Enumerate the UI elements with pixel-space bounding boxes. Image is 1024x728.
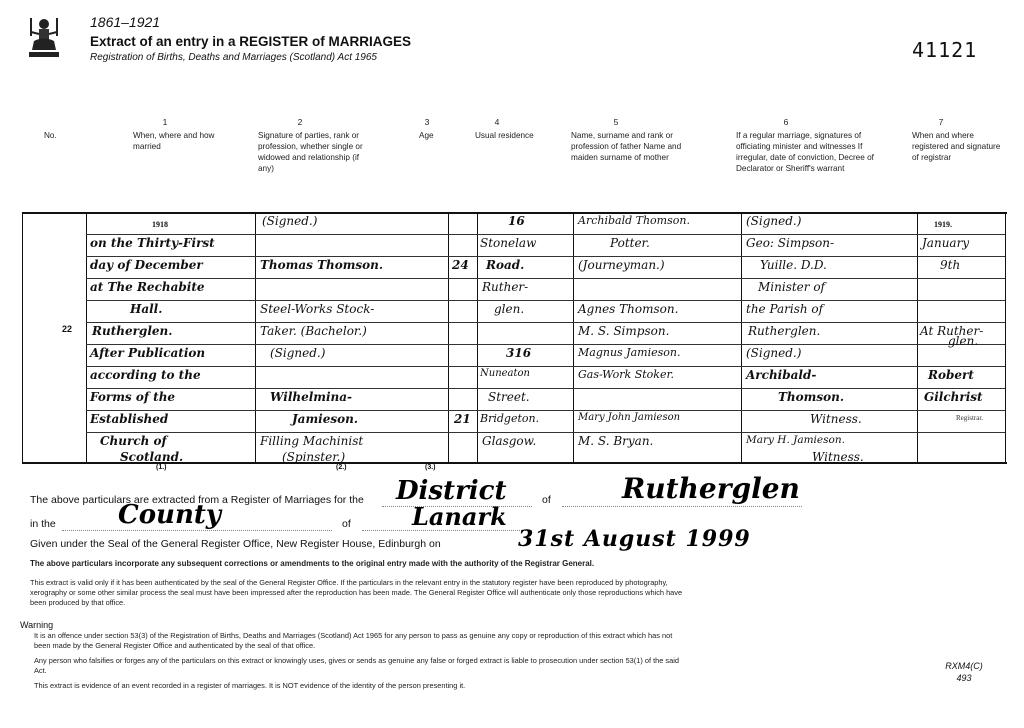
registration-month: January xyxy=(922,236,969,250)
minister-title: Minister of xyxy=(758,280,825,294)
marriage-detail: Forms of the xyxy=(90,390,175,404)
groom-signature-note: (Signed.) xyxy=(262,214,317,228)
bride-residence: Glasgow. xyxy=(482,434,536,448)
witness-signed: (Signed.) xyxy=(746,346,801,360)
bride-age: 21 xyxy=(454,412,471,426)
minister-name: Geo: Simpson- xyxy=(746,236,834,250)
bride-residence: 316 xyxy=(506,346,531,360)
witness-two-name: Mary H. Jamieson. xyxy=(746,434,845,446)
registration-place: glen. xyxy=(948,334,978,348)
bride-mother: Mary John Jamieson xyxy=(578,412,680,423)
registrar-name: Gilchrist xyxy=(924,390,983,404)
column-header-signature: Signature of parties, rank or profession… xyxy=(258,130,376,174)
county-value: Lanark xyxy=(412,502,507,531)
column-header-officiant: If a regular marriage, signatures of off… xyxy=(736,130,886,174)
groom-status: Taker. (Bachelor.) xyxy=(260,324,367,338)
validity-note: This extract is valid only if it has bee… xyxy=(30,578,690,608)
registration-day: 9th xyxy=(940,258,960,272)
groom-mother: Agnes Thomson. xyxy=(578,302,678,316)
bride-residence: Bridgeton. xyxy=(480,412,539,425)
officiant-signed: (Signed.) xyxy=(746,214,801,228)
groom-mother-maiden: M. S. Simpson. xyxy=(578,324,669,338)
groom-father: Archibald Thomson. xyxy=(578,214,690,227)
witness-one-name: Thomson. xyxy=(778,390,844,404)
column-header-when-where: When, where and how married xyxy=(133,130,221,152)
marriage-year: 1918 xyxy=(152,220,168,229)
marriage-detail: Hall. xyxy=(130,302,162,316)
certification-of: of xyxy=(342,518,351,530)
years-range: 1861–1921 xyxy=(90,14,160,30)
groom-residence: Ruther- xyxy=(482,280,528,294)
groom-residence: Road. xyxy=(486,258,524,272)
witness-one-name: Archibald- xyxy=(746,368,816,382)
column-number: 7 xyxy=(931,117,951,127)
bride-residence: Street. xyxy=(488,390,530,404)
minister-title: the Parish of xyxy=(746,302,823,316)
registration-year: 1919. xyxy=(934,220,952,229)
form-number: 493 xyxy=(934,673,994,683)
column-header-no: No. xyxy=(44,130,57,141)
marriage-detail: according to the xyxy=(90,368,201,382)
bride-father: Magnus Jamieson. xyxy=(578,346,680,359)
witness-two-label: Witness. xyxy=(812,450,864,464)
bride-occupation: Filling Machinist xyxy=(260,434,363,448)
extract-date: 31st August 1999 xyxy=(518,526,751,552)
district-value: Rutherglen xyxy=(622,472,800,505)
marriage-detail: day of December xyxy=(90,258,203,272)
column-number: 3 xyxy=(417,117,437,127)
column-number: 1 xyxy=(155,117,175,127)
marriage-detail: Church of xyxy=(100,434,167,448)
warning-heading: Warning xyxy=(20,620,53,630)
document-title: Extract of an entry in a REGISTER of MAR… xyxy=(90,34,411,49)
marriage-detail: Scotland. xyxy=(120,450,183,464)
certification-of: of xyxy=(542,494,551,506)
witness-one-label: Witness. xyxy=(810,412,862,426)
groom-residence: glen. xyxy=(494,302,524,316)
column-header-registration: When and where registered and signature … xyxy=(912,130,1007,163)
serial-number: 41121 xyxy=(912,38,977,62)
warning-paragraph: This extract is evidence of an event rec… xyxy=(34,681,684,691)
registrar-label: Registrar. xyxy=(956,414,983,422)
column-number: 2 xyxy=(290,117,310,127)
warning-paragraph: Any person who falsifies or forges any o… xyxy=(34,656,684,676)
column-footnote: (3.) xyxy=(425,464,436,471)
entry-number: 22 xyxy=(62,324,72,334)
marriage-detail: After Publication xyxy=(90,346,205,360)
groom-age: 24 xyxy=(452,258,469,272)
marriage-detail: Rutherglen. xyxy=(92,324,172,338)
column-header-residence: Usual residence xyxy=(475,130,534,141)
bride-name: Wilhelmina- xyxy=(270,390,352,404)
marriage-detail: at The Rechabite xyxy=(90,280,205,294)
bride-surname: Jamieson. xyxy=(292,412,358,426)
certification-line-3: Given under the Seal of the General Regi… xyxy=(30,538,441,550)
groom-residence: Stonelaw xyxy=(480,236,536,250)
registrar-name: Robert xyxy=(928,368,974,382)
royal-crest-icon xyxy=(26,14,62,60)
bride-status: (Spinster.) xyxy=(282,450,345,464)
column-header-parents: Name, surname and rank or profession of … xyxy=(571,130,691,163)
column-number: 4 xyxy=(487,117,507,127)
column-footnote: (2.) xyxy=(336,464,347,471)
marriage-detail: on the Thirty-First xyxy=(90,236,215,250)
groom-name: Thomas Thomson. xyxy=(260,258,383,272)
minister-parish: Rutherglen. xyxy=(748,324,820,338)
groom-occupation: Steel-Works Stock- xyxy=(260,302,374,316)
form-code: RXM4(C) xyxy=(934,661,994,671)
bride-mother-maiden: M. S. Bryan. xyxy=(578,434,653,448)
bride-father-occupation: Gas-Work Stoker. xyxy=(578,368,674,381)
governing-act: Registration of Births, Deaths and Marri… xyxy=(90,52,377,63)
column-header-age: Age xyxy=(419,130,434,141)
warning-paragraph: It is an offence under section 53(3) of … xyxy=(34,631,684,651)
area-type-value: County xyxy=(118,500,221,530)
column-number: 6 xyxy=(776,117,796,127)
certification-line-2: in the xyxy=(30,518,56,530)
marriage-detail: Established xyxy=(90,412,168,426)
minister-name: Yuille. D.D. xyxy=(760,258,827,272)
groom-father-occupation: Potter. xyxy=(610,236,650,250)
bride-signature-note: (Signed.) xyxy=(270,346,325,360)
bride-residence: Nuneaton xyxy=(480,368,530,379)
corrections-note: The above particulars incorporate any su… xyxy=(30,559,594,568)
groom-residence: 16 xyxy=(508,214,525,228)
column-number: 5 xyxy=(606,117,626,127)
groom-father-occupation: (Journeyman.) xyxy=(578,258,665,272)
column-footnote: (1.) xyxy=(156,464,167,471)
